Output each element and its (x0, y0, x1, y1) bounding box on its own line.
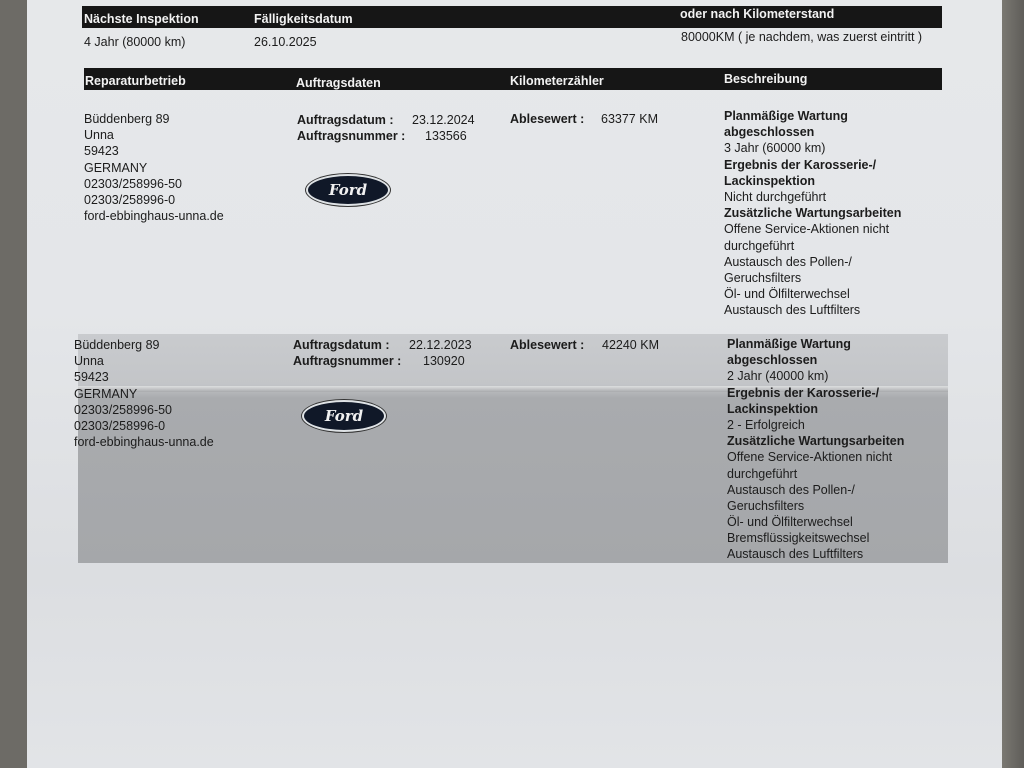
workshop-website: ford-ebbinghaus-unna.de (84, 208, 224, 224)
record-2-reading-label: Ablesewert : (510, 338, 584, 352)
description-line: Zusätzliche Wartungsarbeiten (724, 205, 901, 221)
description-line: Öl- und Ölfilterwechsel (727, 514, 904, 530)
description-line: abgeschlossen (727, 352, 904, 368)
description-line: 2 - Erfolgreich (727, 417, 904, 433)
record-2-reading: 42240 KM (602, 338, 659, 352)
workshop-phone-2: 02303/258996-0 (84, 192, 224, 208)
description-line: Offene Service-Aktionen nicht (727, 449, 904, 465)
record-1-order-number-label: Auftragsnummer : (297, 129, 405, 143)
workshop-website: ford-ebbinghaus-unna.de (74, 434, 214, 450)
description-line: Geruchsfilters (727, 498, 904, 514)
description-line: Öl- und Ölfilterwechsel (724, 286, 901, 302)
description-line: 3 Jahr (60000 km) (724, 140, 901, 156)
description-line: Bremsflüssigkeitswechsel (727, 530, 904, 546)
workshop-phone-2: 02303/258996-0 (74, 418, 214, 434)
description-line: Austausch des Luftfilters (727, 546, 904, 562)
description-line: Austausch des Pollen-/ (727, 482, 904, 498)
workshop-zip: 59423 (84, 143, 224, 159)
description-line: abgeschlossen (724, 124, 901, 140)
record-1-workshop: Büddenberg 89 Unna 59423 GERMANY 02303/2… (84, 111, 224, 224)
description-line: Lackinspektion (724, 173, 901, 189)
description-line: Lackinspektion (727, 401, 904, 417)
description-line: durchgeführt (724, 238, 901, 254)
table-header-bar: Reparaturbetrieb Auftragsdaten Kilometer… (84, 68, 942, 90)
workshop-city: Unna (74, 353, 214, 369)
next-inspection-value: 4 Jahr (80000 km) (84, 35, 185, 49)
header-order-data: Auftragsdaten (296, 72, 381, 94)
header-due-date: Fälligkeitsdatum (254, 8, 353, 30)
description-line: Zusätzliche Wartungsarbeiten (727, 433, 904, 449)
workshop-country: GERMANY (84, 160, 224, 176)
description-line: Ergebnis der Karosserie-/ (727, 385, 904, 401)
inspection-header-bar: Nächste Inspektion Fälligkeitsdatum oder… (82, 6, 942, 28)
description-line: Austausch des Pollen-/ (724, 254, 901, 270)
workshop-street: Büddenberg 89 (84, 111, 224, 127)
record-2-order-date: 22.12.2023 (409, 338, 472, 352)
description-line: Nicht durchgeführt (724, 189, 901, 205)
header-workshop: Reparaturbetrieb (85, 70, 186, 92)
header-or-mileage: oder nach Kilometerstand (680, 3, 834, 25)
description-line: Ergebnis der Karosserie-/ (724, 157, 901, 173)
record-2-workshop: Büddenberg 89 Unna 59423 GERMANY 02303/2… (74, 337, 214, 450)
description-line: durchgeführt (727, 466, 904, 482)
or-mileage-value: 80000KM ( je nachdem, was zuerst eintrit… (681, 30, 922, 44)
header-odometer: Kilometerzähler (510, 70, 604, 92)
description-line: Offene Service-Aktionen nicht (724, 221, 901, 237)
record-1-reading: 63377 KM (601, 112, 658, 126)
workshop-street: Büddenberg 89 (74, 337, 214, 353)
workshop-zip: 59423 (74, 369, 214, 385)
description-line: Geruchsfilters (724, 270, 901, 286)
workshop-phone-1: 02303/258996-50 (74, 402, 214, 418)
record-1-order-date-label: Auftragsdatum : (297, 113, 394, 127)
description-line: Austausch des Luftfilters (724, 302, 901, 318)
workshop-country: GERMANY (74, 386, 214, 402)
record-1-reading-label: Ablesewert : (510, 112, 584, 126)
record-2-description: Planmäßige Wartungabgeschlossen2 Jahr (4… (727, 336, 904, 563)
record-2-order-date-label: Auftragsdatum : (293, 338, 390, 352)
record-2-order-number-label: Auftragsnummer : (293, 354, 401, 368)
ford-logo-icon: Ford (306, 174, 390, 206)
record-2-order-number: 130920 (423, 354, 465, 368)
description-line: Planmäßige Wartung (724, 108, 901, 124)
workshop-phone-1: 02303/258996-50 (84, 176, 224, 192)
header-next-inspection: Nächste Inspektion (84, 8, 199, 30)
description-line: 2 Jahr (40000 km) (727, 368, 904, 384)
ford-logo-icon: Ford (302, 400, 386, 432)
due-date-value: 26.10.2025 (254, 35, 317, 49)
record-1-description: Planmäßige Wartungabgeschlossen3 Jahr (6… (724, 108, 901, 318)
record-1-order-number: 133566 (425, 129, 467, 143)
description-line: Planmäßige Wartung (727, 336, 904, 352)
workshop-city: Unna (84, 127, 224, 143)
header-description: Beschreibung (724, 68, 807, 90)
background-edge (1002, 0, 1024, 768)
record-1-order-date: 23.12.2024 (412, 113, 475, 127)
